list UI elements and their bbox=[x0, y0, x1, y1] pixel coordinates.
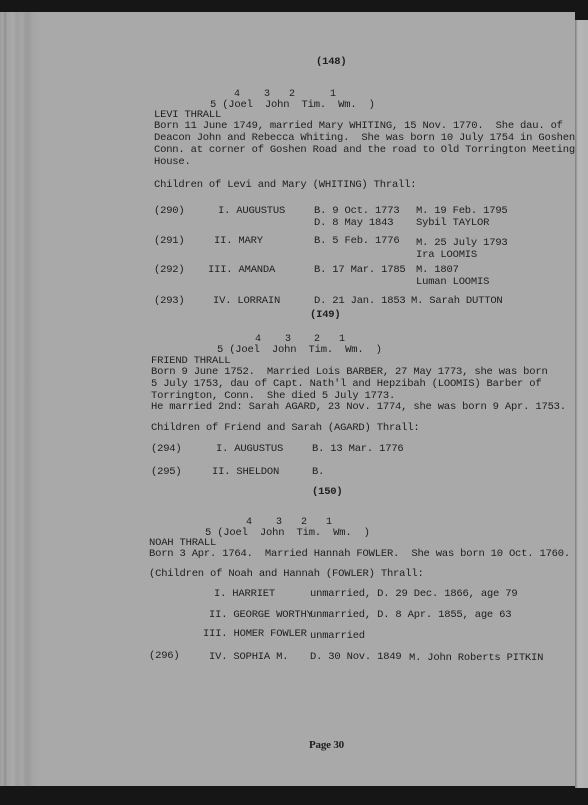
book-binding bbox=[0, 12, 48, 786]
child-marriage: Luman LOOMIS bbox=[416, 276, 489, 288]
child-number: (296) bbox=[149, 650, 180, 662]
child-vital: unmarried, D. 29 Dec. 1866, age 79 bbox=[310, 588, 517, 600]
page-number-148: (148) bbox=[316, 56, 347, 68]
child-marriage: Ira LOOMIS bbox=[416, 249, 477, 261]
child-vital: D. 30 Nov. 1849 bbox=[310, 651, 402, 663]
child-name: III. HOMER FOWLER bbox=[203, 628, 307, 640]
children-heading: Children of Levi and Mary (WHITING) Thra… bbox=[154, 179, 416, 191]
bio-line: 5 July 1753, dau of Capt. Nath'l and Hep… bbox=[151, 378, 541, 391]
child-name: I. HARRIET bbox=[214, 588, 275, 600]
children-heading: Children of Friend and Sarah (AGARD) Thr… bbox=[151, 422, 419, 434]
child-marriage: M. Sarah DUTTON bbox=[411, 295, 503, 307]
page-number-150: (150) bbox=[312, 486, 343, 498]
child-marriage: M. 19 Feb. 1795 bbox=[416, 205, 508, 217]
child-name: I. AUGUSTUS bbox=[216, 443, 283, 455]
adjacent-page-edge bbox=[575, 20, 588, 788]
child-marriage: M. 1807 bbox=[416, 264, 459, 276]
child-vital: B. bbox=[312, 466, 324, 478]
lineage: 5 (Joel John Tim. Wm. ) bbox=[210, 99, 375, 111]
child-marriage: M. 25 July 1793 bbox=[416, 237, 508, 249]
child-name: IV. SOPHIA M. bbox=[209, 651, 288, 663]
child-vital: B. 5 Feb. 1776 bbox=[314, 235, 399, 247]
child-name: IV. LORRAIN bbox=[213, 295, 280, 307]
child-number: (291) bbox=[154, 235, 185, 247]
child-number: (292) bbox=[154, 264, 185, 276]
children-heading: (Children of Noah and Hannah (FOWLER) Th… bbox=[149, 568, 424, 580]
child-name: II. MARY bbox=[214, 235, 263, 247]
child-vital: D. 21 Jan. 1853 bbox=[314, 295, 406, 307]
child-name: II. SHELDON bbox=[212, 466, 279, 478]
child-vital: unmarried, D. 8 Apr. 1855, age 63 bbox=[310, 609, 511, 621]
page-footer: Page 30 bbox=[309, 739, 344, 751]
child-number: (293) bbox=[154, 295, 185, 307]
bio-line: He married 2nd: Sarah AGARD, 23 Nov. 177… bbox=[151, 401, 566, 414]
scanned-page: (148) 4 3 2 1 5 (Joel John Tim. Wm. ) LE… bbox=[0, 12, 575, 786]
child-marriage: Sybil TAYLOR bbox=[416, 217, 489, 229]
child-marriage: M. John Roberts PITKIN bbox=[409, 652, 543, 664]
bio-line: Born 9 June 1752. Married Lois BARBER, 2… bbox=[151, 366, 548, 379]
child-name: III. AMANDA bbox=[208, 264, 275, 276]
child-number: (295) bbox=[151, 466, 182, 478]
child-name: II. GEORGE WORTHY bbox=[209, 609, 313, 621]
child-vital: B. 9 Oct. 1773 bbox=[314, 205, 399, 217]
bio-line: Born 3 Apr. 1764. Married Hannah FOWLER.… bbox=[149, 548, 570, 561]
child-name: I. AUGUSTUS bbox=[218, 205, 285, 217]
page-number-149: (I49) bbox=[310, 309, 341, 321]
lineage: 5 (Joel John Tim. Wm. ) bbox=[205, 527, 370, 539]
bio-line: Conn. at corner of Goshen Road and the r… bbox=[154, 144, 575, 157]
child-vital: B. 17 Mar. 1785 bbox=[314, 264, 406, 276]
bio-line: House. bbox=[154, 156, 191, 169]
bio-line: Deacon John and Rebecca Whiting. She was… bbox=[154, 132, 575, 145]
child-vital: D. 8 May 1843 bbox=[314, 217, 393, 229]
child-number: (294) bbox=[151, 443, 182, 455]
child-vital: B. 13 Mar. 1776 bbox=[312, 443, 404, 455]
child-number: (290) bbox=[154, 205, 185, 217]
child-vital: unmarried bbox=[310, 630, 365, 642]
bio-line: Born 11 June 1749, married Mary WHITING,… bbox=[154, 120, 563, 133]
lineage: 5 (Joel John Tim. Wm. ) bbox=[217, 344, 382, 356]
